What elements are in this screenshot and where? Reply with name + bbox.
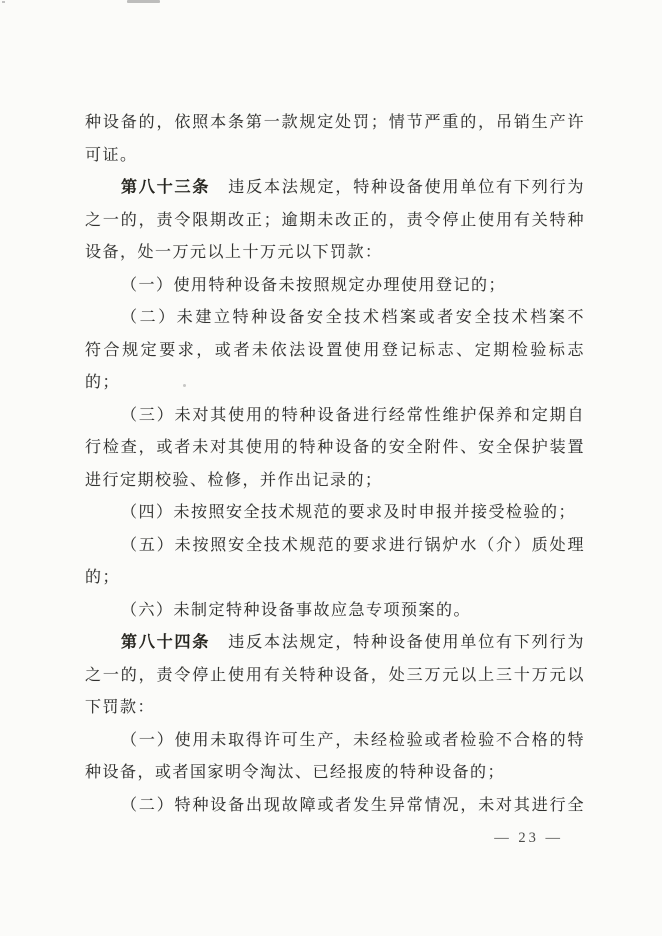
paragraph: （四）未按照安全技术规范的要求及时申报并接受检验的； — [85, 497, 585, 530]
text-line: 种设备的，依照本条第一款规定处罚；情节严重的，吊销生产许 — [85, 107, 585, 140]
text-line: （一）使用特种设备未按照规定办理使用登记的； — [85, 270, 585, 303]
document-page: 种设备的，依照本条第一款规定处罚；情节严重的，吊销生产许可证。第八十三条违反本法… — [0, 0, 662, 936]
paragraph: （一）使用未取得许可生产，未经检验或者检验不合格的特种设备，或者国家明令淘汰、已… — [85, 725, 585, 790]
text-line: （五）未按照安全技术规范的要求进行锅炉水（介）质处理 — [85, 530, 585, 563]
paragraph: 种设备的，依照本条第一款规定处罚；情节严重的，吊销生产许可证。 — [85, 107, 585, 172]
text-line: （三）未对其使用的特种设备进行经常性维护保养和定期自 — [85, 400, 585, 433]
page-number: — 23 — — [494, 828, 563, 848]
text-line: 设备，处一万元以上十万元以下罚款： — [85, 237, 585, 270]
text-line: 第八十四条违反本法规定，特种设备使用单位有下列行为 — [85, 627, 585, 660]
text-line: 可证。 — [85, 140, 585, 173]
text-line: 下罚款： — [85, 692, 585, 725]
text-line: 之一的，责令限期改正；逾期未改正的，责令停止使用有关特种 — [85, 205, 585, 238]
text-line: 行检查，或者未对其使用的特种设备的安全附件、安全保护装置 — [85, 432, 585, 465]
text-line: 符合规定要求，或者未依法设置使用登记标志、定期检验标志 — [85, 335, 585, 368]
paragraph: （二）特种设备出现故障或者发生异常情况，未对其进行全 — [85, 790, 585, 823]
paragraph: （三）未对其使用的特种设备进行经常性维护保养和定期自行检查，或者未对其使用的特种… — [85, 400, 585, 498]
text-line: 的； — [85, 562, 585, 595]
text-line: （二）未建立特种设备安全技术档案或者安全技术档案不 — [85, 302, 585, 335]
text-line: （一）使用未取得许可生产，未经检验或者检验不合格的特 — [85, 725, 585, 758]
paragraph: 第八十四条违反本法规定，特种设备使用单位有下列行为之一的，责令停止使用有关特种设… — [85, 627, 585, 725]
paragraph: （六）未制定特种设备事故应急专项预案的。 — [85, 595, 585, 628]
scan-artifact-top-smudge — [127, 0, 160, 3]
text-line: （四）未按照安全技术规范的要求及时申报并接受检验的； — [85, 497, 585, 530]
document-body: 种设备的，依照本条第一款规定处罚；情节严重的，吊销生产许可证。第八十三条违反本法… — [85, 107, 585, 822]
paragraph: （二）未建立特种设备安全技术档案或者安全技术档案不符合规定要求，或者未依法设置使… — [85, 302, 585, 400]
text-line: （二）特种设备出现故障或者发生异常情况，未对其进行全 — [85, 790, 585, 823]
paragraph: （五）未按照安全技术规范的要求进行锅炉水（介）质处理的； — [85, 530, 585, 595]
article-number: 第八十三条 — [121, 179, 210, 196]
scan-artifact-corner — [2, 1, 5, 3]
text-line: （六）未制定特种设备事故应急专项预案的。 — [85, 595, 585, 628]
paragraph: 第八十三条违反本法规定，特种设备使用单位有下列行为之一的，责令限期改正；逾期未改… — [85, 172, 585, 270]
text-line: 第八十三条违反本法规定，特种设备使用单位有下列行为 — [85, 172, 585, 205]
text-line: 进行定期校验、检修，并作出记录的； — [85, 465, 585, 498]
text-line: 之一的，责令停止使用有关特种设备，处三万元以上三十万元以 — [85, 660, 585, 693]
text-line: 种设备，或者国家明令淘汰、已经报废的特种设备的； — [85, 757, 585, 790]
paragraph: （一）使用特种设备未按照规定办理使用登记的； — [85, 270, 585, 303]
article-number: 第八十四条 — [121, 634, 210, 651]
text-line: 的； — [85, 367, 585, 400]
